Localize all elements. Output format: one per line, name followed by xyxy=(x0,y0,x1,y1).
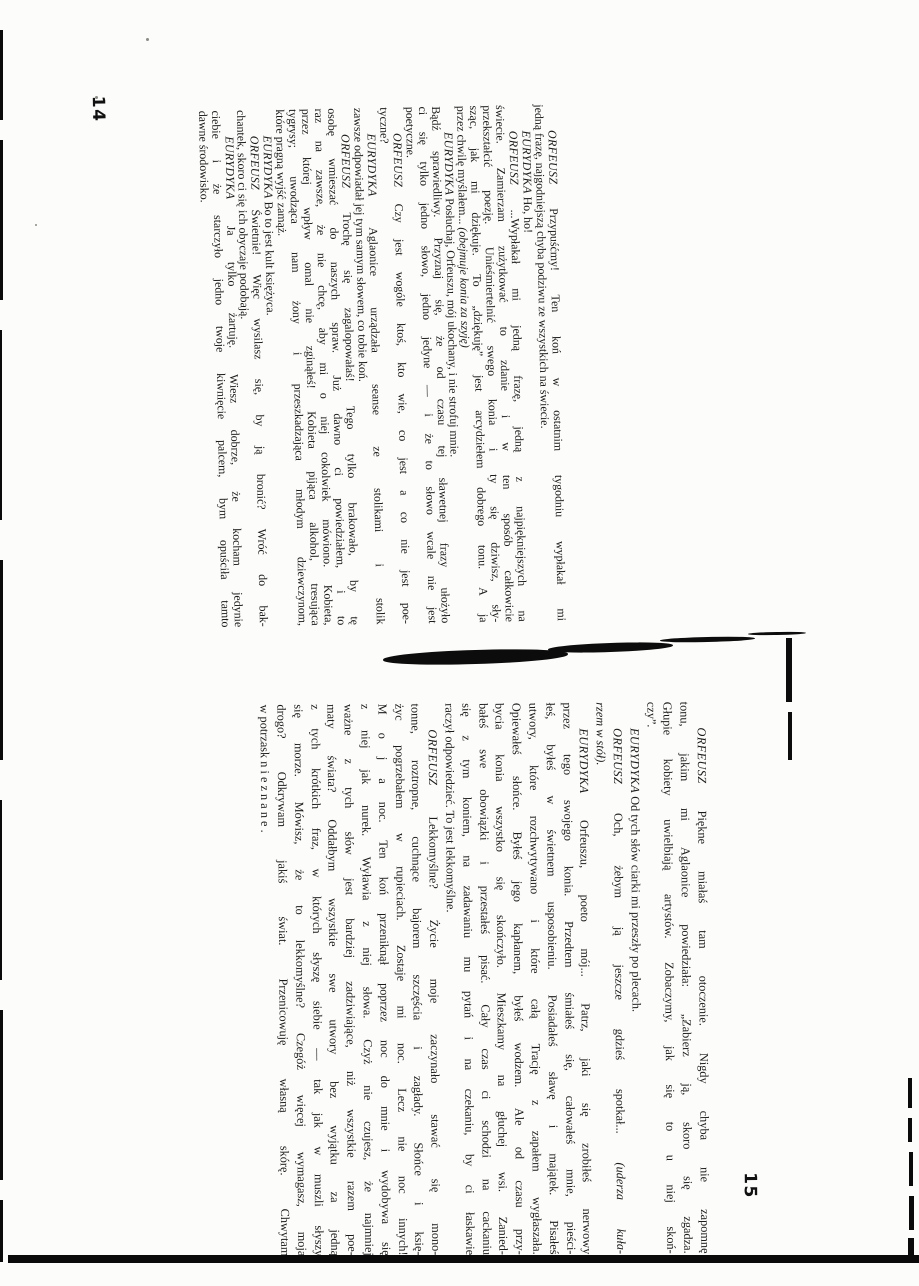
speaker-name: ORFEUSZ xyxy=(338,134,353,189)
page-15-text-block: ORFEUSZ Piękne miałaś tam otoczenie. Nig… xyxy=(256,701,713,1256)
right-edge-mark xyxy=(909,1196,914,1230)
right-edge-mark xyxy=(908,1078,912,1108)
stage-direction: (uderza kuła- xyxy=(614,1162,629,1254)
speaker-name: ORFEUSZ xyxy=(695,727,709,783)
left-edge-mark xyxy=(0,140,3,300)
speaker-name: ORFEUSZ xyxy=(545,130,560,185)
speaker-name: EURYDYKA xyxy=(520,130,535,193)
ink-speck xyxy=(95,96,98,99)
page-number-15: 15 xyxy=(740,1172,760,1199)
bottom-edge-bar xyxy=(8,1255,919,1263)
page-14-text-block: ORFEUSZ Przypuśćmy! Ten koń w ostatnim t… xyxy=(196,104,568,628)
scanned-book-spread: 14 ORFEUSZ Przypuśćmy! Ten koń w ostatni… xyxy=(0,0,919,1286)
left-edge-mark xyxy=(0,800,2,980)
gutter-fold-line xyxy=(788,712,792,760)
stage-direction: rzem w stół). xyxy=(594,702,608,765)
page-15: 15 ORFEUSZ Piękne miałaś tam otoczenie. … xyxy=(0,640,919,1286)
left-edge-mark xyxy=(0,1010,3,1180)
gutter-fold-line xyxy=(786,638,792,702)
right-edge-mark xyxy=(908,1118,912,1142)
ink-speck xyxy=(292,126,294,128)
left-edge-mark xyxy=(0,560,3,760)
ink-speck xyxy=(146,38,149,41)
speaker-name: ORFEUSZ xyxy=(248,136,263,191)
speaker-name: EURYDYKA xyxy=(364,133,379,196)
right-edge-mark xyxy=(909,1152,913,1186)
speaker-name: ORFEUSZ xyxy=(611,728,625,784)
page-number-14: 14 xyxy=(88,96,109,123)
speaker-name: EURYDYKA xyxy=(627,728,641,793)
ink-speck xyxy=(684,1020,687,1023)
speaker-name: EURYDYKA xyxy=(577,728,591,793)
speaker-name: ORFEUSZ xyxy=(507,131,522,186)
speaker-name: EURYDYKA xyxy=(222,136,237,199)
speaker-name: EURYDYKA xyxy=(261,135,276,198)
speaker-name: ORFEUSZ xyxy=(426,729,440,785)
speaker-name: EURYDYKA xyxy=(442,132,457,195)
ink-speck xyxy=(35,224,37,226)
speaker-name: ORFEUSZ xyxy=(390,133,405,188)
left-edge-mark xyxy=(0,330,2,520)
page-14: 14 ORFEUSZ Przypuśćmy! Ten koń w ostatni… xyxy=(0,0,919,658)
left-edge-mark xyxy=(0,30,3,120)
left-edge-mark xyxy=(0,1200,3,1262)
